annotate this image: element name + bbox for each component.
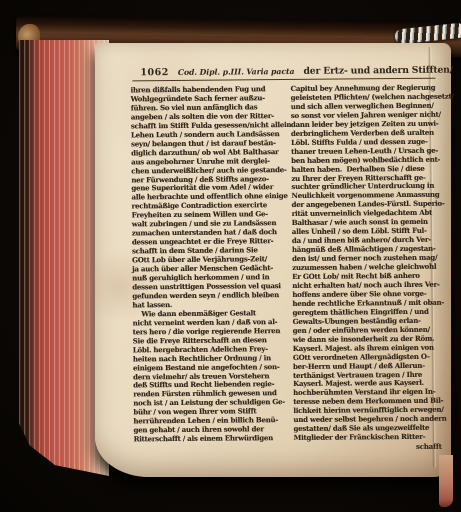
page-number: 1062 (140, 67, 169, 78)
book-photograph: 1062 Cod. Dipl. p.III. Varia pacta der E… (0, 0, 461, 512)
text-line: Ritterschafft / als einem Ehrwürdigen (134, 434, 285, 444)
printed-area: 1062 Cod. Dipl. p.III. Varia pacta der E… (130, 65, 445, 454)
header-rule (132, 78, 435, 82)
header-title-latin: Cod. Dipl. p.III. Varia pacta (178, 67, 295, 77)
header-title-fraktur: der Ertz- und andern Stifften/ (303, 65, 453, 77)
text-columns: ihren dißfalls habendenden Fug undWohlge… (130, 84, 445, 445)
book-page: 1062 Cod. Dipl. p.III. Varia pacta der E… (95, 43, 451, 477)
left-text-column: ihren dißfalls habendenden Fug undWohlge… (130, 85, 284, 444)
right-page-edge-sliver (439, 455, 453, 507)
right-text-column: Capitul bey Annehmung der Regierunggelei… (290, 84, 444, 443)
running-header: 1062 Cod. Dipl. p.III. Varia pacta der E… (130, 65, 442, 79)
